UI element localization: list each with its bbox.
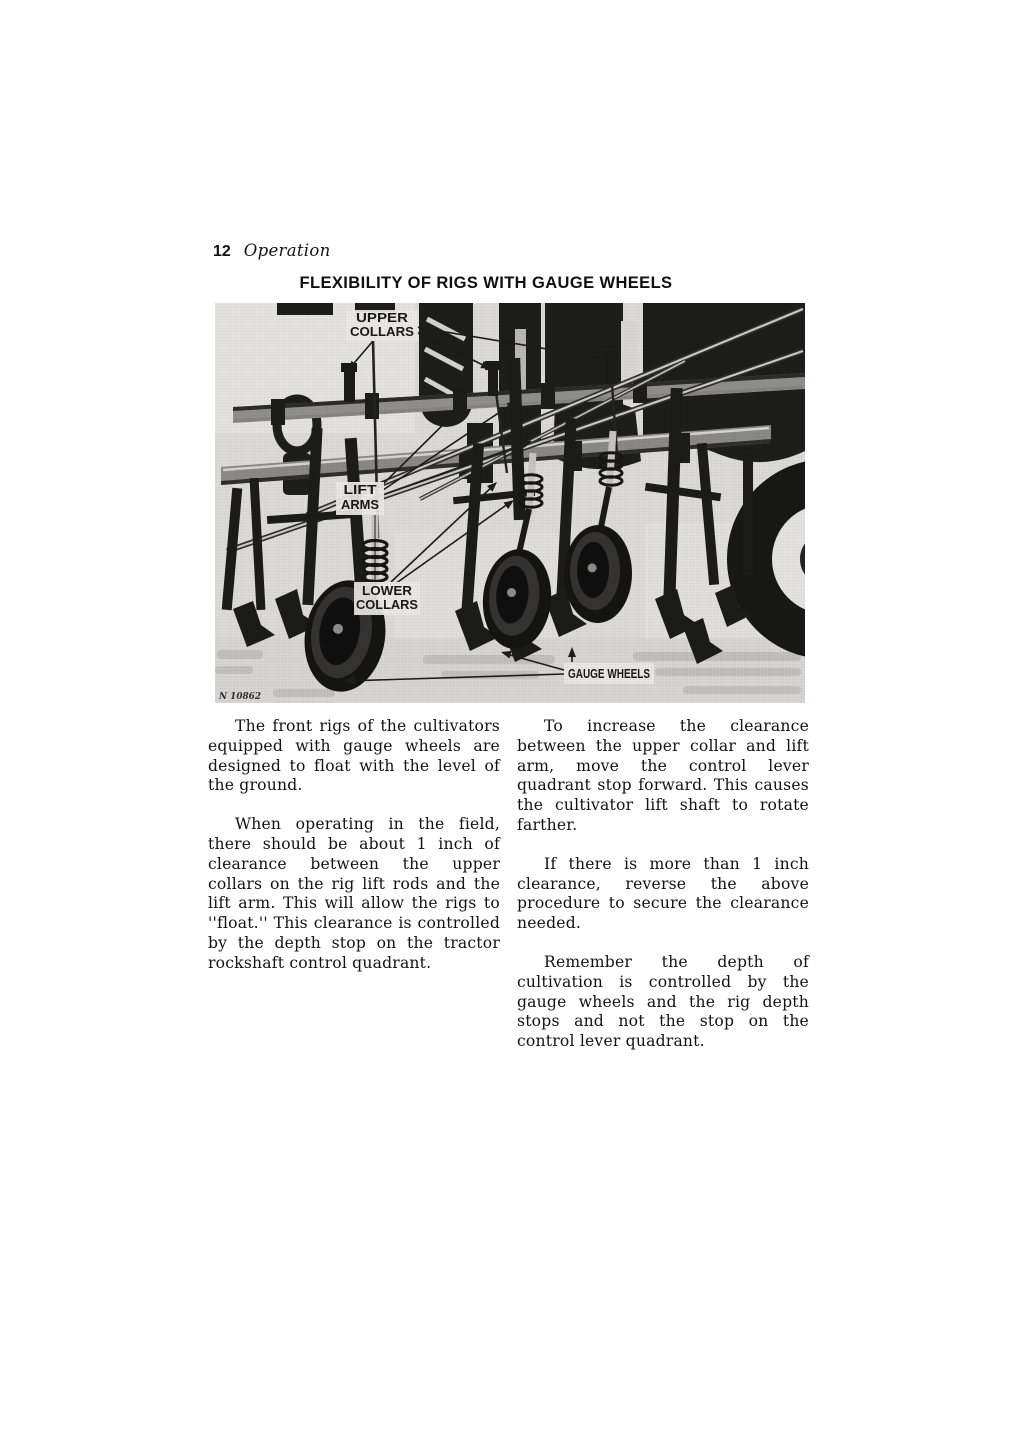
label-upper-collars-line1: UPPER bbox=[356, 311, 408, 325]
label-gauge-wheels: GAUGE WHEELS bbox=[568, 667, 650, 681]
section-title: Operation bbox=[244, 241, 331, 260]
cultivator-photo: UPPER COLLARS LIFT ARMS LOWER COLLARS GA… bbox=[215, 303, 805, 703]
label-lift-arms-line1: LIFT bbox=[344, 483, 377, 497]
paragraph-right-2: If there is more than 1 inch clearance, … bbox=[517, 855, 809, 934]
label-lower-collars-line2: COLLARS bbox=[356, 598, 418, 612]
paragraph-right-1: To increase the clearance between the up… bbox=[517, 717, 809, 836]
cultivator-photo-svg: UPPER COLLARS LIFT ARMS LOWER COLLARS GA… bbox=[215, 303, 805, 703]
photo-id: N 10862 bbox=[218, 691, 261, 702]
page-number: 12 bbox=[213, 243, 231, 260]
manual-page: 12Operation FLEXIBILITY OF RIGS WITH GAU… bbox=[0, 0, 1024, 1449]
left-column: The front rigs of the cultivators equipp… bbox=[208, 717, 500, 993]
label-lower-collars-line1: LOWER bbox=[362, 584, 412, 598]
paragraph-right-3: Remember the depth of cultivation is con… bbox=[517, 953, 809, 1052]
paragraph-left-1: The front rigs of the cultivators equipp… bbox=[208, 717, 500, 796]
figure-title: FLEXIBILITY OF RIGS WITH GAUGE WHEELS bbox=[200, 274, 772, 293]
right-column: To increase the clearance between the up… bbox=[517, 717, 809, 1071]
label-lift-arms-line2: ARMS bbox=[341, 498, 379, 512]
paragraph-left-2: When operating in the field, there shoul… bbox=[208, 815, 500, 973]
running-head: 12Operation bbox=[213, 241, 331, 261]
label-upper-collars-line2: COLLARS bbox=[350, 325, 414, 339]
